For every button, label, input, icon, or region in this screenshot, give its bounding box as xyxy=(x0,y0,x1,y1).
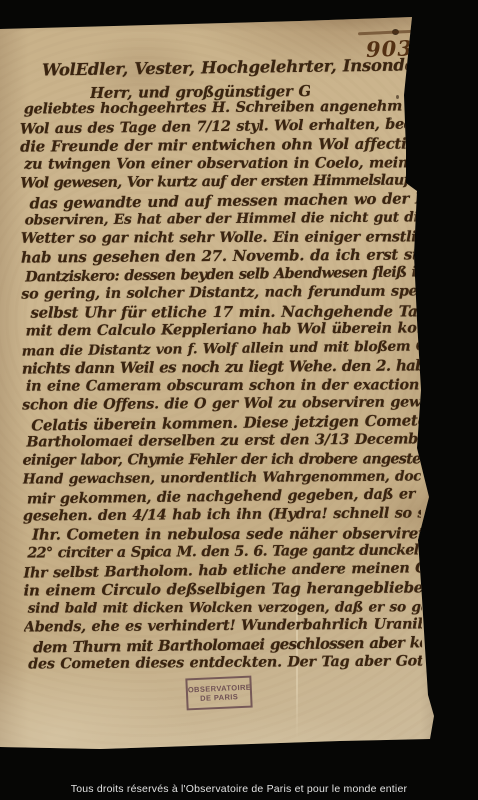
manuscript-line: selbst Uhr für etliche 17 min. Nachgehen… xyxy=(21,302,419,322)
manuscript-line: Wetter so gar nicht sehr Wolle. Ein eini… xyxy=(21,228,419,248)
salutation-line-1: WolEdler, Vester, Hochgelehrter, Insonde… xyxy=(42,55,408,79)
manuscript-line: zu twingen Von einer observation in Coel… xyxy=(20,154,418,174)
manuscript-body: geliebtes hochgeehrtes H. Schreiben ange… xyxy=(20,97,422,674)
manuscript-line: in eine Cameram obscuram schon in der ex… xyxy=(22,376,420,396)
manuscript-line: einiger labor, Chymie Fehler der ich dro… xyxy=(23,450,421,470)
manuscript-line: Ihr. Cometen in nebulosa sede näher obse… xyxy=(23,524,421,544)
copyright-footer: Tous droits réservés à l'Observatoire de… xyxy=(0,783,478,795)
stamp-line-2: DE PARIS xyxy=(188,692,250,704)
manuscript-page: 903. WolEdler, Vester, Hochgelehrter, In… xyxy=(0,0,478,800)
manuscript-line: sind bald mit dicken Wolcken verzogen, d… xyxy=(24,598,422,618)
archive-photo: 903. WolEdler, Vester, Hochgelehrter, In… xyxy=(0,0,478,800)
observatoire-stamp: OBSERVATOIRE DE PARIS xyxy=(185,676,252,711)
folio-overline-stroke xyxy=(358,30,416,35)
